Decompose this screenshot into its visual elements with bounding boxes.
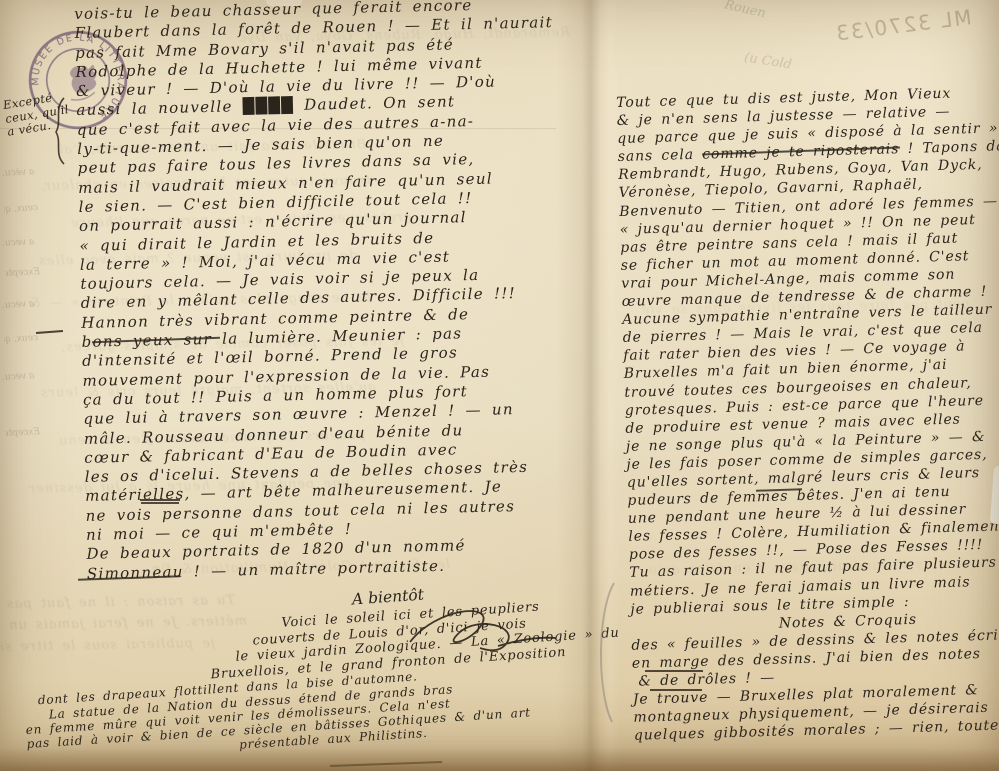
margin-scribble: a vécu.: [2, 167, 35, 179]
margin-scribble: Excepté: [6, 267, 40, 279]
underline-stroke: [645, 670, 703, 672]
underline-stroke: [650, 689, 702, 691]
margin-scribble: ceux, qu'il: [4, 333, 38, 345]
margin-scribble: a vécu.: [2, 371, 35, 383]
margin-scribble: a vécu.: [2, 237, 35, 249]
page2-text: Tout ce que tu dis est juste, Mon Vieux&…: [616, 81, 999, 745]
underline-stroke: [141, 502, 179, 504]
pencil-bracket: [594, 580, 618, 725]
margin-scribble: a vécu.: [2, 299, 35, 311]
margin-brace: [50, 96, 68, 166]
page1-text: vois-tu le beau chasseur que ferait enco…: [74, 0, 565, 584]
margin-scribble: ceux, qu'il: [4, 203, 38, 215]
manuscript-scan: Rembrandt, Hugo, Rubens, Goya, Van Dyck,…: [0, 0, 999, 771]
bottom-shadow: [0, 748, 999, 771]
underline-stroke: [140, 499, 180, 501]
margin-scribble: Excepté: [6, 427, 40, 439]
